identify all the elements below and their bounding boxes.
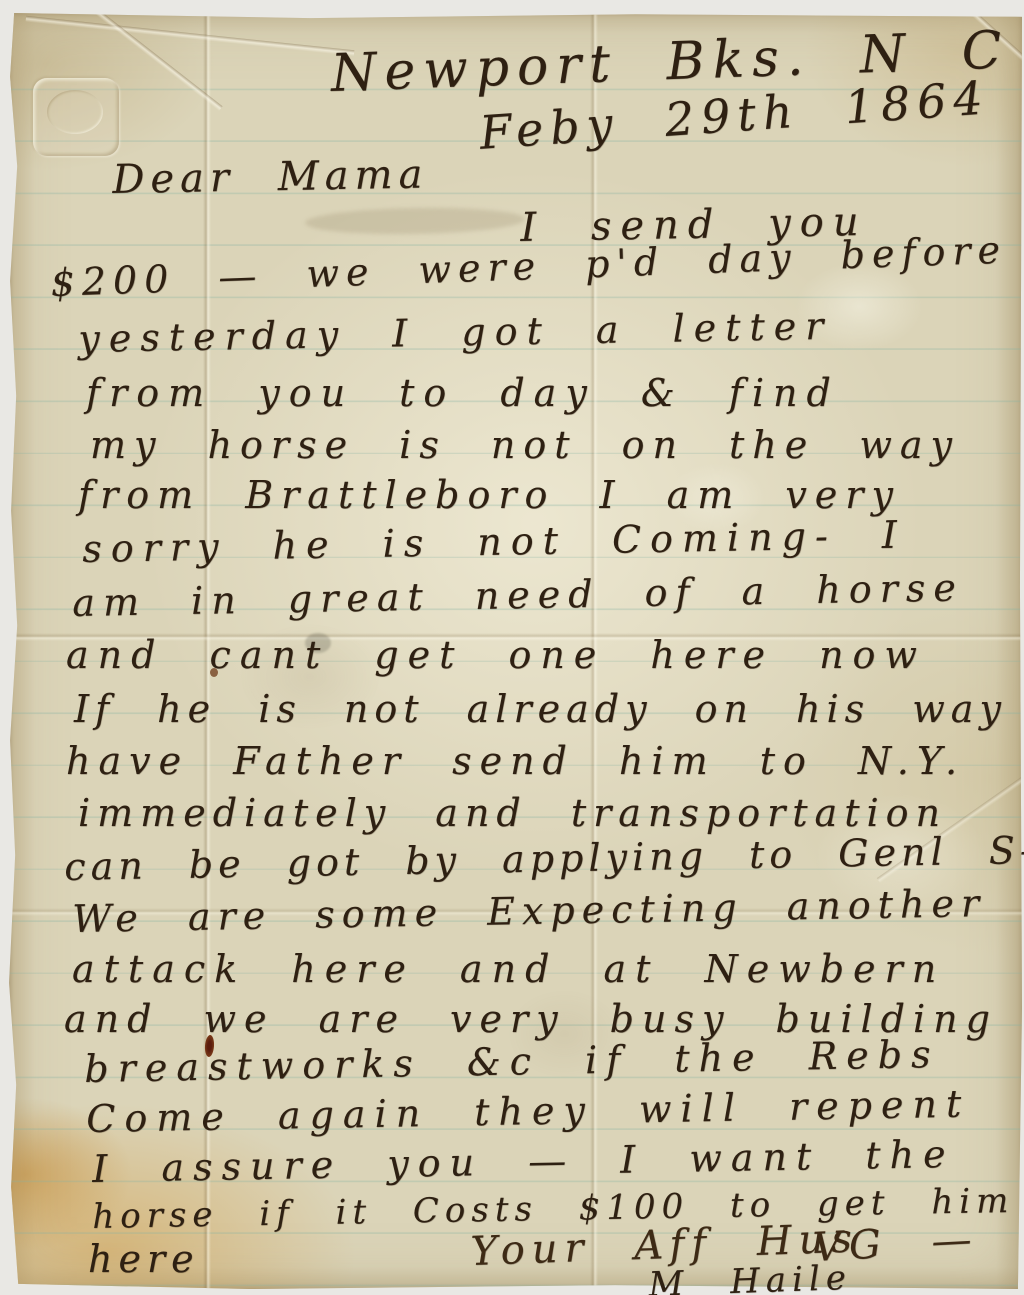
letter-line: have Father send him to N.Y. [66,742,965,780]
signature: M Haile [648,1261,852,1295]
letter-line: and we are very busy building [64,1000,998,1038]
letter-line: attack here and at Newbern [72,950,945,988]
letter-line: and cant get one here now [66,636,926,674]
letter-line: If he is not already on his way [74,690,1007,728]
closing-word: here [88,1240,200,1278]
salutation: Dear Mama [112,154,429,200]
letter-line: my horse is not on the way [90,426,960,464]
letter-line: immediately and transportation [78,794,947,832]
letter-line: from Brattleboro I am very [78,476,901,514]
embossed-stationer-stamp [33,78,119,156]
letter-line: from you to day & find [86,374,840,412]
